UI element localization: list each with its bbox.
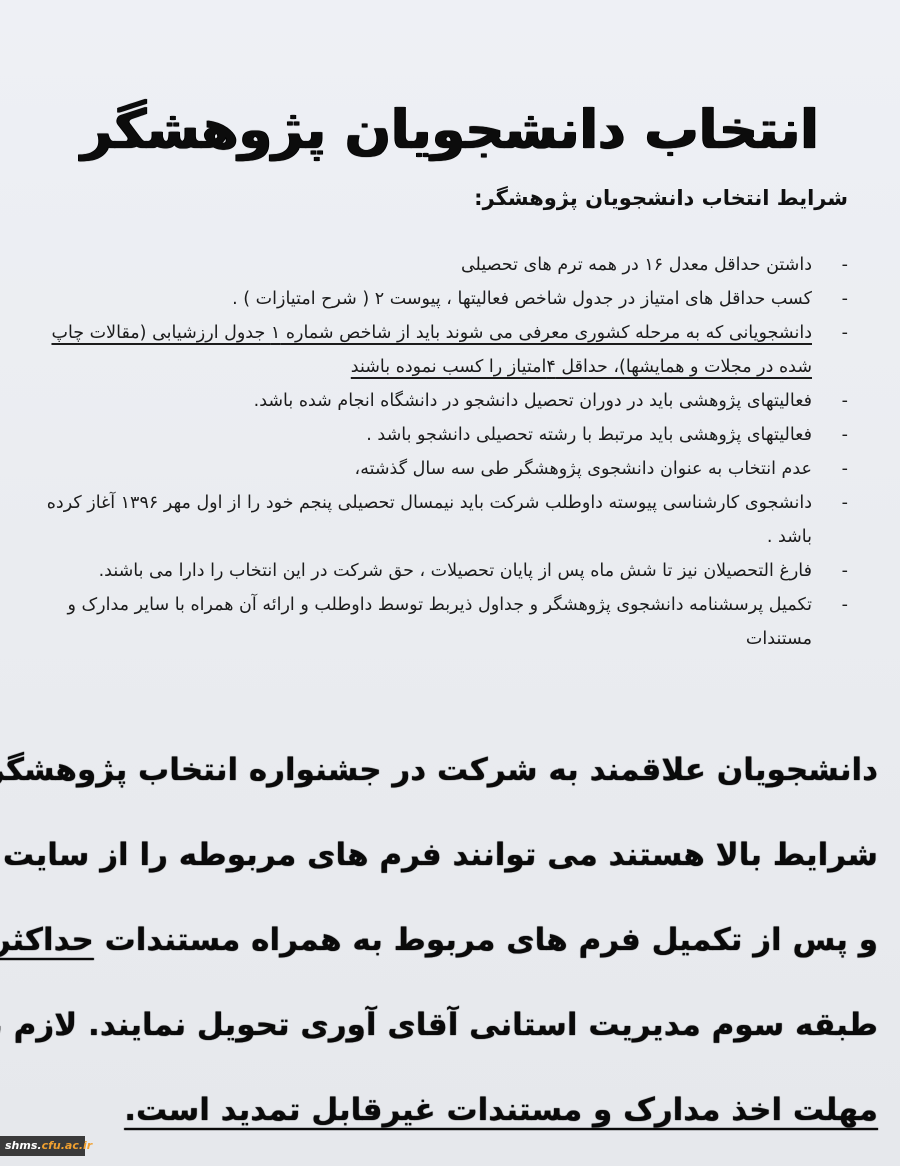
notice-line-3-text: و پس از تکمیل فرم های مربوط به همراه مست… xyxy=(94,922,878,958)
condition-item: -فعالیتهای پژوهشی باید در دوران تحصیل دا… xyxy=(28,384,848,418)
conditions-heading: شرایط انتخاب دانشجویان پژوهشگر: xyxy=(474,186,848,210)
condition-item: -عدم انتخاب به عنوان دانشجوی پژوهشگر طی … xyxy=(28,452,848,486)
condition-item: -فارغ التحصیلان نیز تا شش ماه پس از پایا… xyxy=(28,554,848,588)
condition-item: -داشتن حداقل معدل ۱۶ در همه ترم های تحصی… xyxy=(28,248,848,282)
bullet-dash: - xyxy=(842,588,848,622)
condition-text: دانشجوی کارشناسی پیوسته داوطلب شرکت باید… xyxy=(47,493,812,547)
deadline-underlined: حداکثر تا پایان مهرماه xyxy=(0,922,94,958)
bullet-dash: - xyxy=(842,486,848,520)
condition-text: دانشجویانی که به مرحله کشوری معرفی می شو… xyxy=(51,323,812,377)
bullet-dash: - xyxy=(842,248,848,282)
condition-item: -تکمیل پرسشنامه دانشجوی پژوهشگر و جداول … xyxy=(28,588,848,656)
bullet-dash: - xyxy=(842,418,848,452)
condition-text: عدم انتخاب به عنوان دانشجوی پژوهشگر طی س… xyxy=(355,459,812,479)
page-title: انتخاب دانشجویان پژوهشگر xyxy=(0,98,900,161)
watermark-part-1: shms. xyxy=(5,1139,42,1152)
bullet-dash: - xyxy=(842,316,848,350)
document-page: انتخاب دانشجویان پژوهشگر شرایط انتخاب دا… xyxy=(0,0,900,1166)
notice-line-4: طبقه سوم مدیریت استانی آقای آوری تحویل ن… xyxy=(20,983,878,1068)
notice-line-5: مهلت اخذ مدارک و مستندات غیرقابل تمدید ا… xyxy=(20,1068,878,1153)
condition-text: داشتن حداقل معدل ۱۶ در همه ترم های تحصیل… xyxy=(461,255,812,275)
condition-item-underlined: -دانشجویانی که به مرحله کشوری معرفی می ش… xyxy=(28,316,848,384)
watermark-part-2: cfu.ac.ir xyxy=(42,1139,93,1152)
notice-line-1: دانشجویان علاقمند به شرکت در جشنواره انت… xyxy=(20,728,878,813)
conditions-list: -داشتن حداقل معدل ۱۶ در همه ترم های تحصی… xyxy=(28,248,848,656)
notice-paragraph: دانشجویان علاقمند به شرکت در جشنواره انت… xyxy=(20,728,878,1153)
notice-line-3: و پس از تکمیل فرم های مربوط به همراه مست… xyxy=(20,898,878,983)
condition-text: کسب حداقل های امتیاز در جدول شاخص فعالیت… xyxy=(232,289,812,309)
site-watermark: shms.cfu.ac.ir xyxy=(0,1136,85,1156)
condition-text: فارغ التحصیلان نیز تا شش ماه پس از پایان… xyxy=(99,561,812,581)
condition-text: فعالیتهای پژوهشی باید در دوران تحصیل دان… xyxy=(254,391,812,411)
bullet-dash: - xyxy=(842,384,848,418)
bullet-dash: - xyxy=(842,282,848,316)
non-extendable-deadline: مهلت اخذ مدارک و مستندات غیرقابل تمدید ا… xyxy=(124,1092,878,1128)
bullet-dash: - xyxy=(842,452,848,486)
condition-item: -کسب حداقل های امتیاز در جدول شاخص فعالی… xyxy=(28,282,848,316)
bullet-dash: - xyxy=(842,554,848,588)
condition-item: -فعالیتهای پژوهشی باید مرتبط با رشته تحص… xyxy=(28,418,848,452)
condition-text: فعالیتهای پژوهشی باید مرتبط با رشته تحصی… xyxy=(366,425,812,445)
condition-text: تکمیل پرسشنامه دانشجوی پژوهشگر و جداول ذ… xyxy=(68,595,813,649)
notice-line-2: شرایط بالا هستند می توانند فرم های مربوط… xyxy=(20,813,878,898)
condition-item: -دانشجوی کارشناسی پیوسته داوطلب شرکت بای… xyxy=(28,486,848,554)
